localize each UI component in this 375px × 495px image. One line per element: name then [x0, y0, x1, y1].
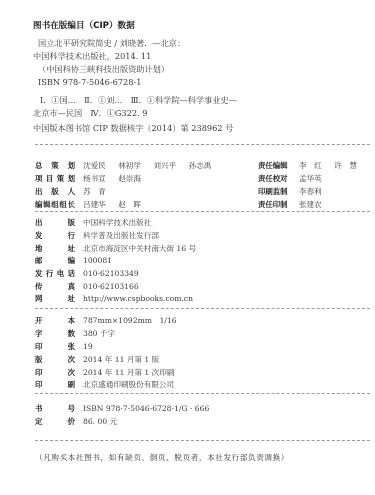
staff-names: 李春利 — [299, 186, 332, 197]
spec-row-printer: 印刷 北京盛通印刷股份有限公司 — [35, 378, 174, 390]
staff-label: 总 策 划 — [35, 160, 75, 171]
staff-names: 杨书宣 赵崇海 — [83, 173, 151, 184]
spec-row-edition: 版次 2014 年 11 月第 1 版 — [35, 353, 159, 365]
field-label: 邮编 — [35, 255, 75, 266]
field-value: 010-62103166 — [83, 282, 139, 291]
isbn-value: ISBN 978-7-5046-6728-1/G · 666 — [83, 404, 209, 413]
field-label: 开本 — [35, 315, 75, 326]
cip-line-5: Ⅰ．①国… Ⅱ．①刘… Ⅲ．①科学院—科学事业史— — [40, 95, 237, 106]
cip-line-4: ISBN 978-7-5046-6728-1 — [38, 77, 141, 87]
field-label: 传真 — [35, 281, 75, 292]
staff-row-editor-group-lead: 编 辑 组 组 长 吕建华 赵 晖 — [35, 198, 151, 210]
staff-row-project-planner: 项 目 策 划 杨书宣 赵崇海 — [35, 172, 151, 184]
divider-3 — [35, 308, 370, 309]
staff-label: 印刷监制 — [258, 186, 292, 197]
staff-row-proofreader: 责任校对 孟华英 — [258, 172, 332, 184]
field-label: 出版 — [35, 217, 75, 228]
divider-5 — [35, 440, 370, 441]
field-value: 19 — [83, 342, 93, 351]
field-label: 版次 — [35, 354, 75, 365]
field-label: 印张 — [35, 341, 75, 352]
staff-row-chief-planner: 总 策 划 沈爱民 林初学 刘兴平 孙志禹 — [35, 159, 221, 171]
publisher-row-distributor: 发行 科学普及出版社发行部 — [35, 229, 159, 241]
staff-label: 出 版 人 — [35, 186, 75, 197]
field-label: 字数 — [35, 328, 75, 339]
publisher-row-website: 网址 http://www.cspbooks.com.cn — [35, 292, 193, 304]
field-value: 中国科学技术出版社 — [83, 217, 151, 228]
staff-names: 孟华英 — [299, 173, 332, 184]
field-label: 印刷 — [35, 379, 75, 390]
cip-record-number: 中国版本图书馆 CIP 数据核字（2014）第 238962 号 — [33, 123, 233, 134]
publisher-row-sales-phone: 发行电话 010-62103349 — [35, 267, 139, 279]
cip-line-6: 北京市—民国 Ⅳ．①G322. 9 — [33, 108, 147, 119]
spec-row-sheets: 印张 19 — [35, 340, 93, 352]
divider-4 — [35, 393, 370, 394]
field-value: 北京市海淀区中关村南大街 16 号 — [83, 243, 196, 254]
field-value: 2014 年 11 月第 1 版 — [83, 354, 159, 365]
publisher-row-publisher: 出版 中国科学技术出版社 — [35, 216, 151, 228]
staff-label: 责任印制 — [258, 199, 292, 210]
staff-names: 吕建华 赵 晖 — [83, 199, 151, 210]
publisher-row-address: 地址 北京市海淀区中关村南大街 16 号 — [35, 242, 196, 254]
price-value: 86. 00 元 — [83, 416, 117, 427]
staff-names: 张建农 — [299, 199, 332, 210]
field-value: 787mm×1092mm 1/16 — [83, 315, 177, 326]
staff-label: 项 目 策 划 — [35, 173, 75, 184]
staff-label: 编 辑 组 组 长 — [35, 199, 75, 210]
spec-row-printing: 印次 2014 年 11 月第 1 次印刷 — [35, 366, 174, 378]
field-label: 发行电话 — [35, 268, 75, 279]
book-row-isbn: 书号 ISBN 978-7-5046-6728-1/G · 666 — [35, 402, 209, 414]
field-label: 网址 — [35, 293, 75, 304]
staff-names: 苏 青 — [83, 186, 116, 197]
field-value: 2014 年 11 月第 1 次印刷 — [83, 367, 174, 378]
field-label: 印次 — [35, 367, 75, 378]
field-label: 书号 — [35, 403, 75, 414]
staff-label: 责任校对 — [258, 173, 292, 184]
divider-2 — [35, 211, 370, 212]
staff-row-print-supervisor: 印刷监制 李春利 — [258, 185, 332, 197]
field-label: 发行 — [35, 230, 75, 241]
staff-row-print-manager: 责任印制 张建农 — [258, 198, 332, 210]
staff-row-publisher-person: 出 版 人 苏 青 — [35, 185, 116, 197]
staff-label: 责任编辑 — [258, 160, 292, 171]
book-row-price: 定价 86. 00 元 — [35, 415, 117, 427]
field-label: 定价 — [35, 416, 75, 427]
staff-row-responsible-editor: 责任编辑 李 红 许 慧 — [258, 159, 367, 171]
staff-names: 沈爱民 林初学 刘兴平 孙志禹 — [83, 160, 221, 171]
publisher-row-fax: 传真 010-62103166 — [35, 280, 139, 292]
staff-names: 李 红 许 慧 — [299, 160, 367, 171]
field-value: 380 千字 — [83, 328, 115, 339]
spec-row-word-count: 字数 380 千字 — [35, 327, 115, 339]
field-value: 北京盛通印刷股份有限公司 — [83, 379, 174, 390]
publisher-row-postcode: 邮编 100081 — [35, 254, 112, 266]
field-value: 科学普及出版社发行部 — [83, 230, 159, 241]
field-value: 100081 — [83, 256, 112, 265]
field-value: 010-62103349 — [83, 269, 139, 278]
footer-note: （凡购买本社图书，如有缺页、倒页、脱页者，本社发行部负责调换） — [35, 452, 289, 463]
spec-row-format: 开本 787mm×1092mm 1/16 — [35, 314, 177, 326]
cip-title: 图书在版编目（CIP）数据 — [33, 19, 135, 31]
cip-line-1: 国立北平研究院简史 / 刘晓著．—北京： — [38, 38, 185, 49]
field-label: 地址 — [35, 243, 75, 254]
divider-1 — [35, 144, 370, 145]
website-link[interactable]: http://www.cspbooks.com.cn — [83, 294, 193, 303]
cip-line-2: 中国科学技术出版社，2014. 11 — [33, 51, 151, 62]
cip-line-3: （中国科协三峡科技出版资助计划） — [38, 64, 169, 75]
